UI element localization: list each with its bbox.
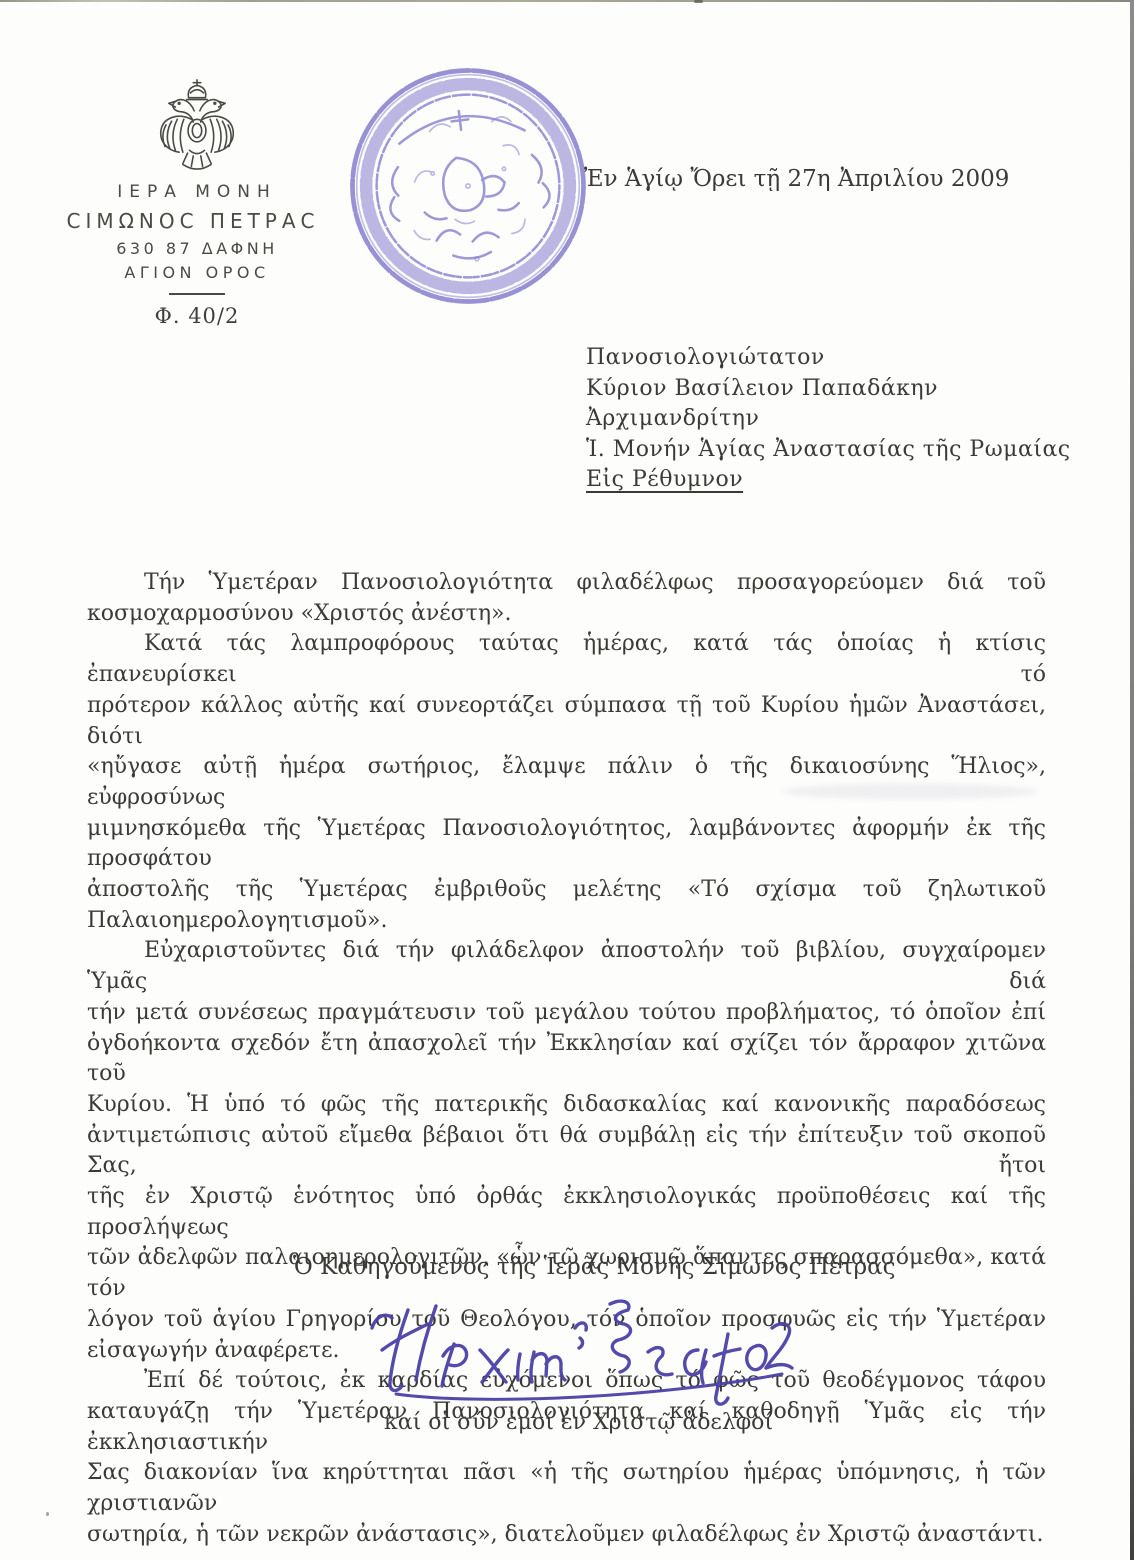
body-line: ἀποστολῆς τῆς Ὑμετέρας ἐμβριθοῦς μελέτης… xyxy=(87,875,1046,906)
body-line: πρότερον κάλλος αὐτῆς καί συνεορτάζει σύ… xyxy=(87,691,1046,752)
body-line: μιμνησκόμεθα τῆς Ὑμετέρας Πανοσιολογιότη… xyxy=(87,814,1046,875)
body-line: κοσμοχαρμοσύνου «Χριστός ἀνέστη». xyxy=(87,599,1046,630)
recipient-block: ΠανοσιολογιώτατονΚύριον Βασίλειον Παπαδά… xyxy=(586,343,1071,496)
postscript-line: καί οἱ σύν ἐμοί ἐν Χριστῷ ἀδελφοί xyxy=(384,1410,773,1435)
recipient-line: Πανοσιολογιώτατον xyxy=(586,343,1071,374)
scan-speck xyxy=(46,1512,49,1516)
monastery-round-seal-stamp xyxy=(342,60,594,312)
body-line: Παλαιοημερολογητισμοῦ». xyxy=(87,906,1046,937)
body-line: Κατά τάς λαμπροφόρους ταύτας ἡμέρας, κατ… xyxy=(87,629,1046,690)
letterhead-line-simonos-petras: CΙΜΩΝΟC ΠΕΤΡΑC xyxy=(44,209,342,233)
body-line: «ηὔγασε αὐτῇ ἡμέρα σωτήριος, ἔλαμψε πάλι… xyxy=(87,752,1046,813)
handwritten-signature xyxy=(362,1294,794,1416)
scan-artifact-top-edge xyxy=(0,0,1134,2)
double-headed-eagle-icon xyxy=(150,76,244,172)
body-line: τήν μετά συνέσεως πραγμάτευσιν τοῦ μεγάλ… xyxy=(87,998,1046,1029)
body-line: Σας διακονίαν ἵνα κηρύττηται πᾶσι «ἡ τῆς… xyxy=(87,1458,1046,1519)
letterhead: ΙΕΡΑ ΜΟΝΗ CΙΜΩΝΟC ΠΕΤΡΑC 630 87 ΔΑΦΝΗ ΑΓ… xyxy=(52,76,342,328)
recipient-line: Κύριον Βασίλειον Παπαδάκην xyxy=(586,374,1071,405)
body-line: Κυρίου. Ἡ ὑπό τό φῶς τῆς πατερικῆς διδασ… xyxy=(87,1090,1046,1121)
letterhead-line-address: 630 87 ΔΑΦΝΗ xyxy=(52,239,342,258)
scanned-letter-page: ΙΕΡΑ ΜΟΝΗ CΙΜΩΝΟC ΠΕΤΡΑC 630 87 ΔΑΦΝΗ ΑΓ… xyxy=(0,0,1134,1560)
letterhead-divider xyxy=(169,293,225,295)
date-line: Ἐν Ἁγίῳ Ὄρει τῇ 27η Ἀπριλίου 2009 xyxy=(584,166,1009,192)
scan-speck xyxy=(694,0,703,3)
body-line: τῆς ἐν Χριστῷ ἑνότητος ὑπό ὀρθάς ἐκκλησι… xyxy=(87,1182,1046,1243)
recipient-line: Ἱ. Μονήν Ἁγίας Ἀναστασίας τῆς Ρωμαίας xyxy=(586,435,1071,466)
scan-artifact-right-edge xyxy=(1130,0,1134,1560)
body-line: Τήν Ὑμετέραν Πανοσιολογιότητα φιλαδέλφως… xyxy=(87,568,1046,599)
body-line: Εὐχαριστοῦντες διά τήν φιλάδελφον ἀποστο… xyxy=(87,936,1046,997)
recipient-line: Ἀρχιμανδρίτην xyxy=(586,404,1071,435)
letterhead-line-holy-monastery: ΙΕΡΑ ΜΟΝΗ xyxy=(52,182,342,202)
closing-title-line: Ὁ Καθηγούμενος τῆς Ἱερᾶς Μονῆς Σίμωνος Π… xyxy=(293,1254,896,1280)
body-line: σωτηρία, ἡ τῶν νεκρῶν ἀνάστασις», διατελ… xyxy=(87,1520,1046,1551)
protocol-ref-number: Φ. 40/2 xyxy=(52,304,342,328)
body-line: ὀγδοήκοντα σχεδόν ἔτη ἀπασχολεῖ τήν Ἐκκλ… xyxy=(87,1029,1046,1090)
letterhead-line-mount-athos: ΑΓΙΟΝ ΟΡΟC xyxy=(52,263,342,282)
recipient-line: Εἰς Ρέθυμνον xyxy=(586,465,1071,496)
body-line: ἀντιμετώπισις αὐτοῦ εἴμεθα βέβαιοι ὅτι θ… xyxy=(87,1121,1046,1182)
